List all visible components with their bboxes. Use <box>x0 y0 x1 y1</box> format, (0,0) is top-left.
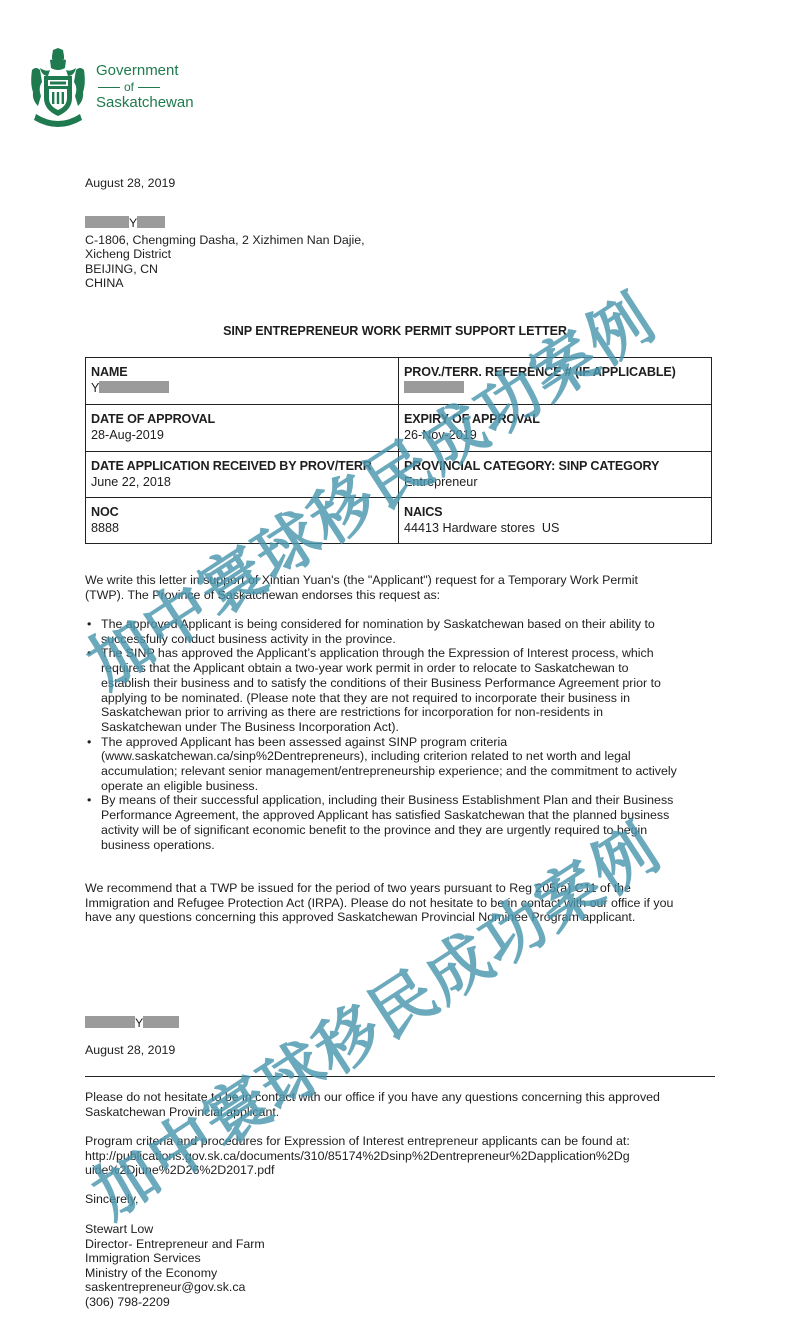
divider <box>85 1076 715 1077</box>
signatory-name: Stewart Low <box>85 1222 265 1237</box>
cell-label: NAME <box>91 364 393 380</box>
program-criteria-text: Program criteria and procedures for Expr… <box>85 1134 630 1149</box>
cell-value: 26-Nov-2019 <box>404 427 706 444</box>
cell-value: June 22, 2018 <box>91 474 393 491</box>
wordmark-line1: Government <box>96 62 194 80</box>
divider <box>138 87 160 88</box>
recipient-block: Y C-1806, Chengming Dasha, 2 Xizhimen Na… <box>85 216 365 291</box>
signatory-title-continued: Immigration Services <box>85 1251 265 1266</box>
acknowledgement-date: August 28, 2019 <box>85 1043 175 1058</box>
table-cell: NAME Y <box>86 358 399 405</box>
table-cell: DATE OF APPROVAL 28-Aug-2019 <box>86 405 399 452</box>
redaction <box>404 381 464 393</box>
cell-label: DATE APPLICATION RECEIVED BY PROV/TERR <box>91 458 393 474</box>
redaction <box>143 1016 179 1028</box>
document-title: SINP ENTREPRENEUR WORK PERMIT SUPPORT LE… <box>0 324 790 339</box>
letter-date: August 28, 2019 <box>85 176 175 191</box>
address-line: Xicheng District <box>85 247 365 262</box>
government-wordmark: Government of Saskatchewan <box>96 62 194 112</box>
cell-label: EXPIRY OF APPROVAL <box>404 411 706 427</box>
table-row: DATE APPLICATION RECEIVED BY PROV/TERR J… <box>86 452 712 498</box>
address-line: BEIJING, CN <box>85 262 365 277</box>
wordmark-line2: of <box>124 80 134 94</box>
recipient-name: Y <box>85 216 365 231</box>
cell-label: NOC <box>91 504 393 520</box>
address-line: C-1806, Chengming Dasha, 2 Xizhimen Nan … <box>85 233 365 248</box>
cell-value: 44413 Hardware stores US <box>404 520 706 537</box>
cell-label: PROV./TERR. REFERENCE # (IF APPLICABLE) <box>404 364 706 380</box>
program-url-continued[interactable]: uide%2Djune%2D26%2D2017.pdf <box>85 1163 630 1178</box>
cell-value: 28-Aug-2019 <box>91 427 393 444</box>
table-cell: NAICS 44413 Hardware stores US <box>399 498 712 544</box>
acknowledgement-name: Y <box>85 1016 179 1031</box>
signatory-title: Director- Entrepreneur and Farm <box>85 1237 265 1252</box>
signatory-email[interactable]: saskentrepreneur@gov.sk.ca <box>85 1280 265 1295</box>
program-url[interactable]: http://publications.gov.sk.ca/documents/… <box>85 1149 630 1164</box>
closing: Sincerely, <box>85 1192 138 1207</box>
permit-info-table: NAME Y PROV./TERR. REFERENCE # (IF APPLI… <box>85 357 712 544</box>
redaction <box>137 216 165 228</box>
table-cell: NOC 8888 <box>86 498 399 544</box>
cell-value: Y <box>91 381 99 395</box>
cell-label: PROVINCIAL CATEGORY: SINP CATEGORY <box>404 458 706 474</box>
address-line: CHINA <box>85 276 365 291</box>
endorsement-list: The approved Applicant is being consider… <box>85 617 685 852</box>
intro-paragraph: We write this letter in support of Xinti… <box>85 573 675 602</box>
signatory-ministry: Ministry of the Economy <box>85 1266 265 1281</box>
list-item: The approved Applicant has been assessed… <box>85 735 685 794</box>
table-row: DATE OF APPROVAL 28-Aug-2019 EXPIRY OF A… <box>86 405 712 452</box>
cell-value: 8888 <box>91 520 393 537</box>
list-item: By means of their successful application… <box>85 793 685 852</box>
table-row: NAME Y PROV./TERR. REFERENCE # (IF APPLI… <box>86 358 712 405</box>
government-logo: Government of Saskatchewan <box>28 48 198 133</box>
redaction <box>85 216 129 228</box>
recommendation-paragraph: We recommend that a TWP be issued for th… <box>85 881 683 925</box>
list-item: The approved Applicant is being consider… <box>85 617 685 646</box>
table-row: NOC 8888 NAICS 44413 Hardware stores US <box>86 498 712 544</box>
signatory-block: Stewart Low Director- Entrepreneur and F… <box>85 1222 265 1310</box>
wordmark-line3: Saskatchewan <box>96 94 194 112</box>
coat-of-arms-icon <box>28 48 88 130</box>
signatory-phone: (306) 798-2209 <box>85 1295 265 1310</box>
cell-label: DATE OF APPROVAL <box>91 411 393 427</box>
table-cell: EXPIRY OF APPROVAL 26-Nov-2019 <box>399 405 712 452</box>
table-cell: PROV./TERR. REFERENCE # (IF APPLICABLE) <box>399 358 712 405</box>
cell-value: Entrepreneur <box>404 474 706 491</box>
program-criteria-block: Program criteria and procedures for Expr… <box>85 1134 630 1178</box>
table-cell: PROVINCIAL CATEGORY: SINP CATEGORY Entre… <box>399 452 712 498</box>
redaction <box>99 381 169 393</box>
divider <box>98 87 120 88</box>
list-item: The SINP has approved the Applicant’s ap… <box>85 646 673 734</box>
redaction <box>85 1016 135 1028</box>
contact-paragraph: Please do not hesitate to be in contact … <box>85 1090 665 1119</box>
table-cell: DATE APPLICATION RECEIVED BY PROV/TERR J… <box>86 452 399 498</box>
cell-label: NAICS <box>404 504 706 520</box>
